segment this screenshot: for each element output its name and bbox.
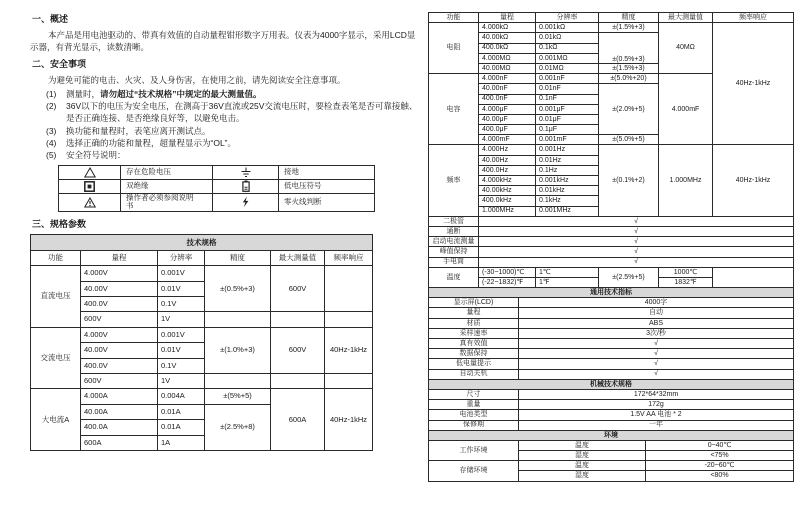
table-cell: 频率响应 (713, 13, 794, 23)
table-cell: 1V (158, 373, 205, 388)
ground-icon (240, 167, 252, 176)
table-cell (325, 266, 373, 312)
table-cell: 采样速率 (429, 328, 519, 338)
table-cell: 材质 (429, 318, 519, 328)
table-cell: ±(5.0%+20) (599, 74, 659, 84)
item-number: (1) (46, 88, 66, 100)
table-cell: ±(5.0%+5) (599, 135, 659, 145)
table-cell: 峰值保持 (429, 247, 479, 257)
double-insulation-icon (84, 181, 95, 190)
table-cell: 400.0μF (479, 125, 536, 135)
item-text-normal: 测量时， (66, 89, 100, 99)
table-cell: 精度 (205, 250, 271, 265)
table-cell: 400.0kHz (479, 196, 536, 206)
table-row: 功能量程分辨率精度最大测量值频率响应 (429, 13, 794, 23)
table-cell: 量程 (81, 250, 158, 265)
table-cell: 温度 (519, 461, 646, 471)
mechanical-specs-table: 机械技术规格尺寸172*64*32mm重量172g电池类型1.5V AA 电池 … (428, 379, 794, 431)
safety-item-2: (2) 36V以下的电压为安全电压，在测高于36V直流或25V交流电压时，要检查… (46, 100, 422, 125)
table-cell: ±(0.5%+3) (599, 33, 659, 64)
table-cell: 40.00Hz (479, 155, 536, 165)
table-cell: 0.001mF (536, 135, 599, 145)
table-cell: 40.00nF (479, 84, 536, 94)
table-cell: 4000字 (519, 298, 794, 308)
table-cell: 1.000MHz (659, 145, 713, 216)
table-cell: 直流电压 (31, 266, 81, 328)
table-cell: √ (519, 359, 794, 369)
table-row: 600V1V (31, 312, 373, 327)
icon-cell (59, 193, 121, 211)
table-cell: 量程 (429, 308, 519, 318)
safety-heading: 二、安全事项 (32, 59, 422, 71)
item-number: (3) (46, 125, 66, 137)
table-cell: ±(0.5%+3) (205, 266, 271, 312)
table-cell: 1A (158, 435, 205, 450)
table-cell: ±(2.5%+8) (205, 404, 271, 450)
item-text: 换功能和量程时，表笔应离开测试点。 (66, 125, 422, 137)
icon-cell (213, 165, 279, 179)
table-cell: 40Hz-1kHz (713, 23, 794, 145)
table-cell: 40Hz-1kHz (325, 389, 373, 451)
table-cell: 0.1V (158, 297, 205, 312)
table-cell: (-30~1000)℃ (479, 267, 536, 277)
table-cell: 0.01MΩ (536, 63, 599, 73)
left-column: 一、概述 本产品是用电池驱动的、带真有效值的自动量程钳形数字万用表。仪表为400… (30, 14, 422, 451)
table-cell: 电阻 (429, 23, 479, 74)
table-row: 大电流A4.000A0.004A±(5%+5)600A40Hz-1kHz (31, 389, 373, 404)
table-row: 双绝缘低电压符号 (59, 179, 375, 193)
table-cell: 0.01μF (536, 114, 599, 124)
table-cell: 600V (81, 312, 158, 327)
table-row: 600V1V (31, 373, 373, 388)
table-row: 机械技术规格 (429, 379, 794, 389)
table-cell: 保修期 (429, 420, 519, 430)
table-cell: 40.00MΩ (479, 63, 536, 73)
table-cell: √ (519, 339, 794, 349)
icon-cell (59, 165, 121, 179)
table-cell: 1V (158, 312, 205, 327)
item-number: (4) (46, 137, 66, 149)
safety-list: (1) 测量时，请勿超过“技术规格”中规定的最大测量值。 (2) 36V以下的电… (46, 88, 422, 162)
table-cell: 0.001kHz (536, 176, 599, 186)
table-cell: 手电筒 (429, 257, 479, 267)
table-cell: 量程 (479, 13, 536, 23)
table-cell: 600V (271, 327, 325, 373)
table-row: 手电筒√ (429, 257, 794, 267)
table-cell: 400.0V (81, 358, 158, 373)
table-cell: 4.000mF (479, 135, 536, 145)
safety-item-4: (4) 选择正确的功能和量程，超量程显示为“OL”。 (46, 137, 422, 149)
table-cell: 显示屏(LCD) (429, 298, 519, 308)
table-cell: ABS (519, 318, 794, 328)
table-cell: 40MΩ (659, 23, 713, 74)
table-cell: 接地 (279, 165, 375, 179)
table-cell: 1000℃ (659, 267, 713, 277)
table-cell: 湿度 (519, 451, 646, 461)
table-cell: 400.0Hz (479, 165, 536, 175)
attention-icon (84, 197, 96, 206)
table-cell: 4.000V (81, 327, 158, 342)
icon-cell (59, 179, 121, 193)
table-cell: 0.001V (158, 327, 205, 342)
item-number: (5) (46, 149, 66, 161)
table-cell: 0.01A (158, 404, 205, 419)
safety-item-5: (5) 安全符号说明： (46, 149, 422, 161)
table-cell: 0.001V (158, 266, 205, 281)
table-cell: 电池类型 (429, 410, 519, 420)
table-cell: 最大测量值 (659, 13, 713, 23)
table-cell: 4.000mF (659, 74, 713, 145)
right-spec-table: 功能量程分辨率精度最大测量值频率响应电阻4.000kΩ0.001kΩ±(1.5%… (428, 12, 794, 288)
table-cell: √ (479, 226, 794, 236)
table-cell: 1℃ (536, 267, 599, 277)
table-cell: 400.0kΩ (479, 43, 536, 53)
table-row: 低电量提示√ (429, 359, 794, 369)
table-row: 重量172g (429, 400, 794, 410)
table-cell: ±(0.1%+2) (599, 145, 659, 216)
table-cell (325, 312, 373, 327)
table-cell: <80% (646, 471, 794, 481)
table-cell: 启动电流测量 (429, 237, 479, 247)
table-cell: 4.000kΩ (479, 23, 536, 33)
table-cell: 功能 (429, 13, 479, 23)
table-row: 电阻4.000kΩ0.001kΩ±(1.5%+3)40MΩ40Hz-1kHz (429, 23, 794, 33)
table-cell: 交流电压 (31, 327, 81, 389)
table-cell: ±(2.0%+5) (599, 84, 659, 135)
table-row: 直流电压4.000V0.001V±(0.5%+3)600V (31, 266, 373, 281)
table-cell: 40.00V (81, 343, 158, 358)
table-cell: 4.000nF (479, 74, 536, 84)
table-row: 温度(-30~1000)℃1℃±(2.5%+5)1000℃ (429, 267, 794, 277)
table-row: 量程自动 (429, 308, 794, 318)
table-cell: 二极管 (429, 216, 479, 226)
table-cell: 低电压符号 (279, 179, 375, 193)
table-cell: 0.01V (158, 281, 205, 296)
specs-heading: 三、规格参数 (32, 219, 422, 231)
table-cell: 零火线判断 (279, 193, 375, 211)
table-cell: 功能 (31, 250, 81, 265)
table-cell: 172g (519, 400, 794, 410)
table-cell: √ (479, 237, 794, 247)
table-row: 尺寸172*64*32mm (429, 389, 794, 399)
table-cell: -20~60℃ (646, 461, 794, 471)
table-cell: 1.000MHz (479, 206, 536, 216)
table-cell: 0.01Hz (536, 155, 599, 165)
table-cell: 环境 (429, 430, 794, 440)
table-row: 采样速率3次/秒 (429, 328, 794, 338)
table-cell: 600V (271, 266, 325, 312)
table-cell: 40.00kHz (479, 186, 536, 196)
table-cell: 分辨率 (158, 250, 205, 265)
table-cell: 0.001MΩ (536, 53, 599, 63)
table-cell: 机械技术规格 (429, 379, 794, 389)
table-cell: 1832℉ (659, 277, 713, 287)
table-cell (205, 312, 271, 327)
table-cell: 温度 (429, 267, 479, 287)
table-row: 技术规格 (31, 235, 373, 250)
table-cell: 通用技术指标 (429, 288, 794, 298)
table-cell: (-22~1832)℉ (479, 277, 536, 287)
table-cell: 真有效值 (429, 339, 519, 349)
table-cell: 尺寸 (429, 389, 519, 399)
table-cell: 1.5V AA 电池 * 2 (519, 410, 794, 420)
table-cell: 172*64*32mm (519, 389, 794, 399)
table-cell: 4.000μF (479, 104, 536, 114)
table-cell: 通断 (429, 226, 479, 236)
table-row: 启动电流测量√ (429, 237, 794, 247)
table-cell: ±(5%+5) (205, 389, 271, 404)
table-row: 频率4.000Hz0.001Hz±(0.1%+2)1.000MHz40Hz-1k… (429, 145, 794, 155)
table-cell: √ (519, 369, 794, 379)
table-row: 数据保持√ (429, 349, 794, 359)
table-row: 操作者必须参阅说明 书零火线判断 (59, 193, 375, 211)
table-row: 存储环境温度-20~60℃ (429, 461, 794, 471)
table-row: 保修期一年 (429, 420, 794, 430)
table-cell: 温度 (519, 440, 646, 450)
item-text: 测量时，请勿超过“技术规格”中规定的最大测量值。 (66, 88, 422, 100)
table-row: 显示屏(LCD)4000字 (429, 298, 794, 308)
table-cell: 0.001μF (536, 104, 599, 114)
live-neutral-icon (241, 197, 250, 206)
table-row: 自动关机√ (429, 369, 794, 379)
table-cell (271, 373, 325, 388)
table-cell: √ (479, 247, 794, 257)
item-text: 选择正确的功能和量程，超量程显示为“OL”。 (66, 137, 422, 149)
table-cell: 4.000V (81, 266, 158, 281)
table-cell: 双绝缘 (121, 179, 213, 193)
table-cell (713, 267, 794, 287)
table-row: 交流电压4.000V0.001V±(1.0%+3)600V40Hz-1kHz (31, 327, 373, 342)
table-cell: 1℉ (536, 277, 599, 287)
table-cell: 0.01kHz (536, 186, 599, 196)
table-cell: 4.000A (81, 389, 158, 404)
right-column: 功能量程分辨率精度最大测量值频率响应电阻4.000kΩ0.001kΩ±(1.5%… (428, 12, 794, 482)
table-cell: 数据保持 (429, 349, 519, 359)
table-cell: 4.000MΩ (479, 53, 536, 63)
table-cell: 存储环境 (429, 461, 519, 481)
table-cell: 重量 (429, 400, 519, 410)
table-cell: √ (479, 216, 794, 226)
safety-symbols-table: 存在危险电压接地双绝缘低电压符号操作者必须参阅说明 书零火线判断 (58, 165, 375, 212)
table-cell: 400.0V (81, 297, 158, 312)
table-cell: 一年 (519, 420, 794, 430)
table-cell (271, 312, 325, 327)
table-cell: 自动关机 (429, 369, 519, 379)
table-cell: 40Hz-1kHz (713, 145, 794, 216)
table-cell: ±(1.5%+3) (599, 23, 659, 33)
table-cell: ±(1.5%+3) (599, 63, 659, 73)
table-cell: √ (479, 257, 794, 267)
table-row: 二极管√ (429, 216, 794, 226)
table-cell: 0.001nF (536, 74, 599, 84)
table-cell: 0.001kΩ (536, 23, 599, 33)
technical-specs-table: 技术规格功能量程分辨率精度最大测量值频率响应直流电压4.000V0.001V±(… (30, 234, 373, 450)
table-cell: 0.001Hz (536, 145, 599, 155)
table-cell: 自动 (519, 308, 794, 318)
table-cell: 0.1μF (536, 125, 599, 135)
table-cell: 400.0A (81, 420, 158, 435)
table-cell: 0.01kΩ (536, 33, 599, 43)
table-cell: 电容 (429, 74, 479, 145)
table-row: 电池类型1.5V AA 电池 * 2 (429, 410, 794, 420)
icon-cell (213, 193, 279, 211)
table-row: 通断√ (429, 226, 794, 236)
table-cell: ±(1.0%+3) (205, 327, 271, 373)
safety-item-1: (1) 测量时，请勿超过“技术规格”中规定的最大测量值。 (46, 88, 422, 100)
environment-table: 环境工作环境温度0~40℃湿度<75%存储环境温度-20~60℃湿度<80% (428, 430, 794, 482)
table-cell: <75% (646, 451, 794, 461)
table-cell: 最大测量值 (271, 250, 325, 265)
table-row: 环境 (429, 430, 794, 440)
safety-item-3: (3) 换功能和量程时，表笔应离开测试点。 (46, 125, 422, 137)
table-cell (325, 373, 373, 388)
table-cell: 低电量提示 (429, 359, 519, 369)
table-cell: 400.0nF (479, 94, 536, 104)
table-cell: 0.01A (158, 420, 205, 435)
table-cell: 技术规格 (31, 235, 373, 250)
table-cell: 3次/秒 (519, 328, 794, 338)
table-cell: 分辨率 (536, 13, 599, 23)
icon-cell (213, 179, 279, 193)
table-cell: 0.004A (158, 389, 205, 404)
general-specs-table: 通用技术指标显示屏(LCD)4000字量程自动材质ABS采样速率3次/秒真有效值… (428, 287, 794, 380)
overview-paragraph: 本产品是用电池驱动的、带真有效值的自动量程钳形数字万用表。仪表为4000字显示，… (30, 29, 422, 55)
table-row: 功能量程分辨率精度最大测量值频率响应 (31, 250, 373, 265)
table-cell: 0.1V (158, 358, 205, 373)
table-cell: 0.1Hz (536, 165, 599, 175)
table-cell: 0.01V (158, 343, 205, 358)
table-cell: 0.1kHz (536, 196, 599, 206)
table-cell: 40.00kΩ (479, 33, 536, 43)
table-cell: 0.001MHz (536, 206, 599, 216)
table-cell: 40.00μF (479, 114, 536, 124)
table-row: 通用技术指标 (429, 288, 794, 298)
table-cell: 600A (81, 435, 158, 450)
danger-voltage-icon (84, 167, 96, 176)
table-cell: 0~40℃ (646, 440, 794, 450)
table-cell: 0.1nF (536, 94, 599, 104)
table-row: 材质ABS (429, 318, 794, 328)
table-row: 工作环境温度0~40℃ (429, 440, 794, 450)
item-text-bold: 请勿超过“技术规格”中规定的最大测量值。 (100, 89, 262, 99)
table-cell: 大电流A (31, 389, 81, 451)
table-cell: 40Hz-1kHz (325, 327, 373, 373)
item-text: 36V以下的电压为安全电压，在测高于36V直流或25V交流电压时，要检查表笔是否… (66, 100, 422, 125)
table-cell (205, 373, 271, 388)
table-row: 真有效值√ (429, 339, 794, 349)
table-cell: 40.00V (81, 281, 158, 296)
table-cell: 600V (81, 373, 158, 388)
table-cell: 600A (271, 389, 325, 451)
table-cell: 操作者必须参阅说明 书 (121, 193, 213, 211)
table-cell: 0.1kΩ (536, 43, 599, 53)
low-battery-icon (242, 181, 250, 190)
table-cell: 存在危险电压 (121, 165, 213, 179)
item-text: 安全符号说明： (66, 149, 422, 161)
page: { "left": { "overview_heading": "一、概述", … (0, 0, 800, 505)
table-cell: 频率 (429, 145, 479, 216)
table-row: 峰值保持√ (429, 247, 794, 257)
table-cell: √ (519, 349, 794, 359)
table-cell: 频率响应 (325, 250, 373, 265)
table-cell: 精度 (599, 13, 659, 23)
table-cell: 湿度 (519, 471, 646, 481)
item-number: (2) (46, 100, 66, 125)
table-cell: 4.000Hz (479, 145, 536, 155)
table-cell: 0.01nF (536, 84, 599, 94)
table-cell: 4.000kHz (479, 176, 536, 186)
table-cell: 40.00A (81, 404, 158, 419)
overview-heading: 一、概述 (32, 14, 422, 26)
safety-intro: 为避免可能的电击、火灾、及人身伤害，在使用之前，请先阅读安全注意事项。 (30, 74, 422, 87)
table-cell: ±(2.5%+5) (599, 267, 659, 287)
table-row: 存在危险电压接地 (59, 165, 375, 179)
table-cell: 工作环境 (429, 440, 519, 460)
